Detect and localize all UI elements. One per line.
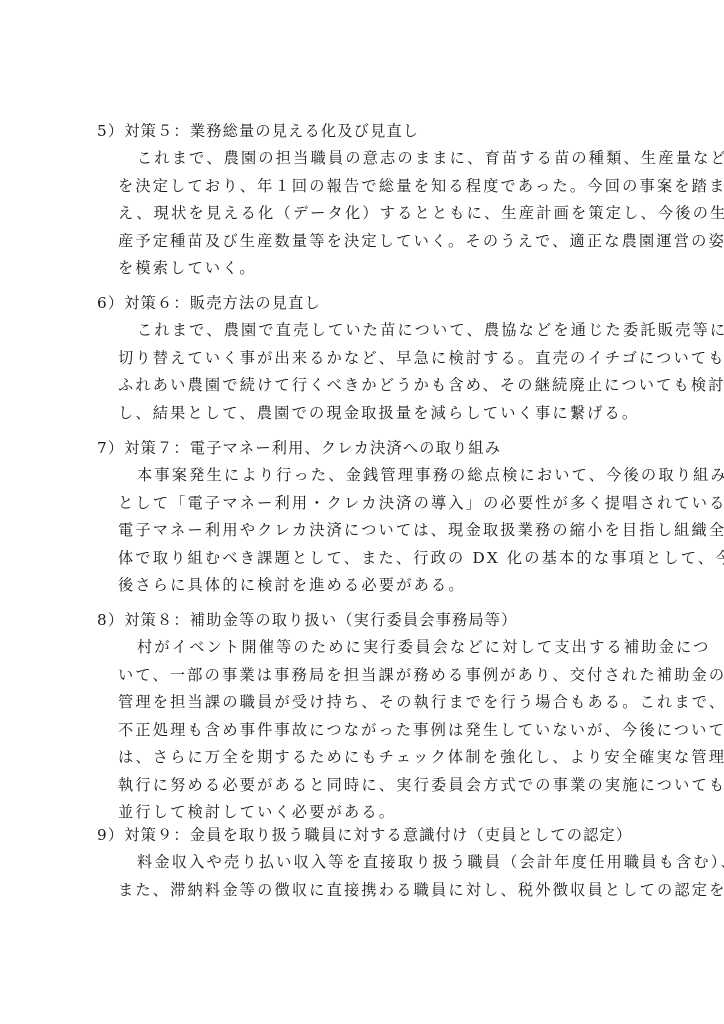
paragraph-line: これまで、農園で直売していた苗について、農協などを通じた委託販売等に — [137, 320, 724, 340]
section-heading: 5）対策５：業務総量の見える化及び見直し — [97, 121, 419, 141]
paragraph-line: は、さらに万全を期するためにもチェック体制を強化し、より安全確実な管理 — [118, 747, 724, 767]
paragraph-line: 執行に努める必要があると同時に、実行委員会方式での事業の実施についても — [118, 775, 724, 795]
paragraph-line: 本事案発生により行った、金銭管理事務の総点検において、今後の取り組み — [137, 465, 724, 485]
section-heading: 8）対策８：補助金等の取り扱い（実行委員会事務局等） — [97, 610, 518, 630]
paragraph-line: 不正処理も含め事件事故につながった事例は発生していないが、今後について — [118, 720, 724, 740]
paragraph-line: 並行して検討していく必要がある。 — [118, 802, 396, 822]
paragraph-line: また、滞納料金等の徴収に直接携わる職員に対し、税外徴収員としての認定を — [118, 880, 724, 900]
paragraph-line: 体で取り組むべき課題として、また、行政の DX 化の基本的な事項として、今 — [118, 548, 724, 568]
section-heading: 9）対策９：金員を取り扱う職員に対する意識付け（吏員としての認定） — [97, 825, 632, 845]
paragraph-line: 産予定種苗及び生産数量等を決定していく。そのうえで、適正な農園運営の姿 — [118, 231, 724, 251]
paragraph-line: 管理を担当課の職員が受け持ち、その執行までを行う場合もある。これまで、 — [118, 692, 724, 712]
document-page: 5）対策５：業務総量の見える化及び見直し これまで、農園の担当職員の意志のままに… — [0, 0, 724, 1024]
paragraph-line: 切り替えていく事が出来るかなど、早急に検討する。直売のイチゴについても — [118, 348, 724, 368]
paragraph-line: を決定しており、年１回の報告で総量を知る程度であった。今回の事案を踏ま — [118, 176, 724, 196]
paragraph-line: いて、一部の事業は事務局を担当課が務める事例があり、交付された補助金の — [118, 665, 724, 685]
section-heading: 7）対策７：電子マネー利用、クレカ決済への取り組み — [97, 438, 501, 458]
paragraph-line: ふれあい農園で続けて行くべきかどうかも含め、その継続廃止についても検討 — [118, 375, 724, 395]
paragraph-line: え、現状を見える化（データ化）するとともに、生産計画を策定し、今後の生 — [118, 203, 724, 223]
paragraph-line: 電子マネー利用やクレカ決済については、現金取扱業務の縮小を目指し組織全 — [118, 520, 724, 540]
paragraph-line: として「電子マネー利用・クレカ決済の導入」の必要性が多く提唱されている。 — [118, 493, 724, 513]
paragraph-line: 村がイベント開催等のために実行委員会などに対して支出する補助金につ — [137, 637, 710, 657]
section-heading: 6）対策６：販売方法の見直し — [97, 293, 321, 313]
paragraph-line: 料金収入や売り払い収入等を直接取り扱う職員（会計年度任用職員も含む）、 — [137, 852, 724, 872]
paragraph-line: し、結果として、農園での現金取扱量を減らしていく事に繋げる。 — [118, 403, 639, 423]
paragraph-line: を模索していく。 — [118, 258, 257, 278]
paragraph-line: これまで、農園の担当職員の意志のままに、育苗する苗の種類、生産量など — [137, 148, 724, 168]
paragraph-line: 後さらに具体的に検討を進める必要がある。 — [118, 575, 466, 595]
